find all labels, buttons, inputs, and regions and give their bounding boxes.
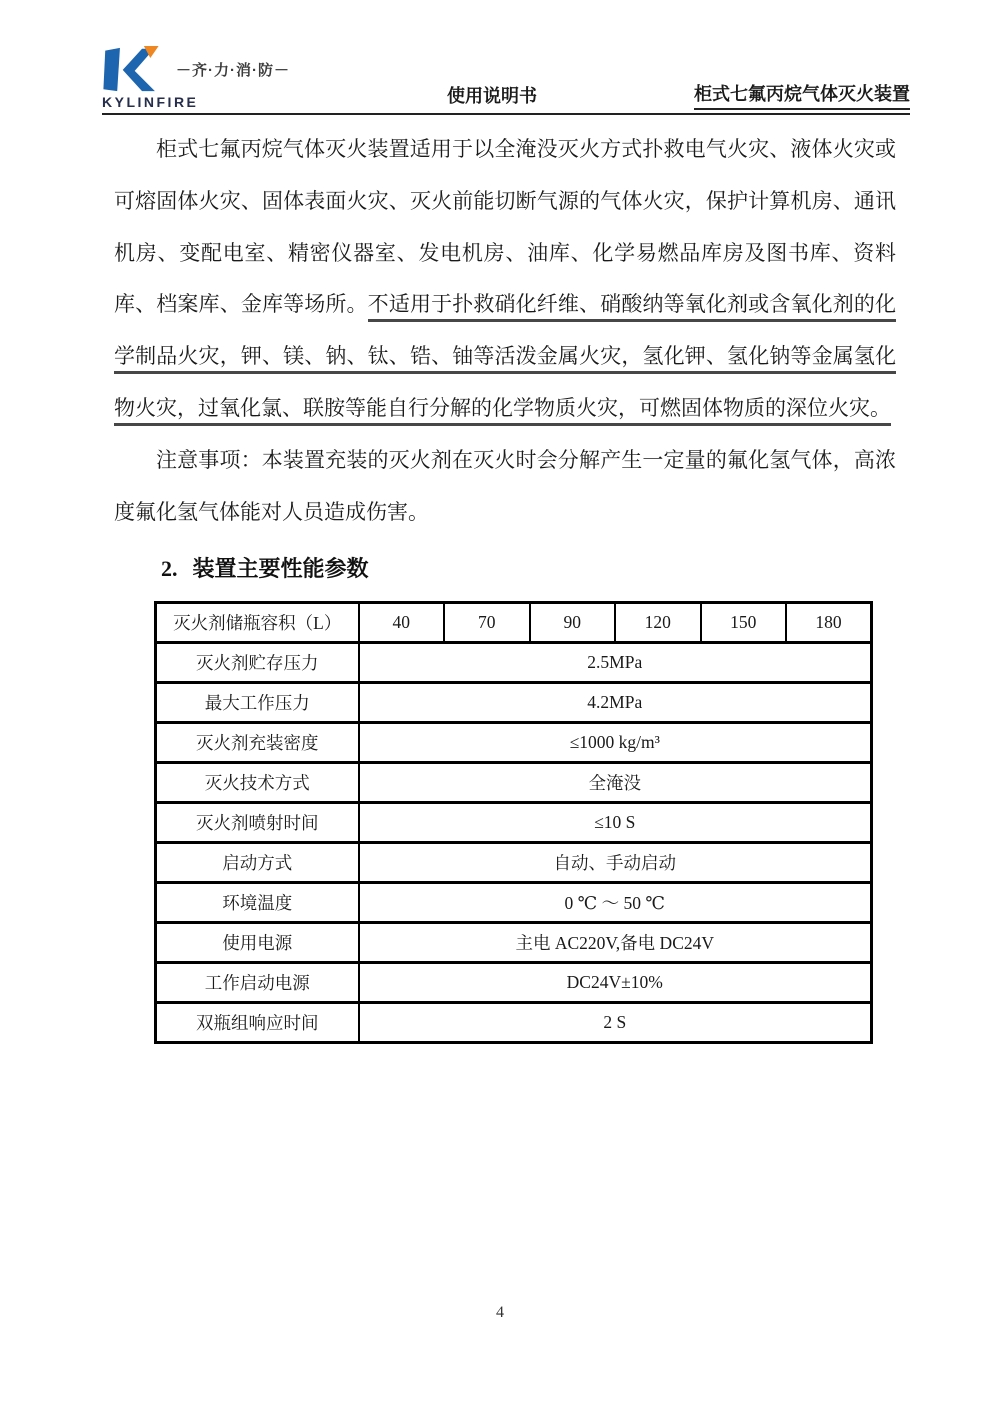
table-row: 启动方式 自动、手动启动 bbox=[156, 843, 872, 883]
value-cell: 4.2MPa bbox=[359, 683, 872, 723]
page-number: 4 bbox=[496, 1304, 504, 1321]
label-cell: 使用电源 bbox=[156, 923, 359, 963]
value-cell: 120 bbox=[615, 603, 701, 643]
page-header: －齐·力·消·防－ KYLINFIRE 使用说明书 柜式七氟丙烷气体灭火装置 bbox=[102, 46, 910, 115]
brand-slogan: －齐·力·消·防－ bbox=[176, 59, 290, 80]
table-row: 最大工作压力 4.2MPa bbox=[156, 683, 872, 723]
doc-type-title: 使用说明书 bbox=[447, 82, 537, 108]
section-heading: 2.装置主要性能参数 bbox=[161, 552, 896, 583]
value-cell: 主电 AC220V,备电 DC24V bbox=[359, 923, 872, 963]
label-cell: 启动方式 bbox=[156, 843, 359, 883]
table-row: 灭火剂充装密度 ≤1000 kg/m³ bbox=[156, 723, 872, 763]
label-cell: 最大工作压力 bbox=[156, 683, 359, 723]
value-cell: 自动、手动启动 bbox=[359, 843, 872, 883]
document-content: 柜式七氟丙烷气体灭火装置适用于以全淹没灭火方式扑救电气火灾、液体火灾或可熔固体火… bbox=[114, 124, 896, 1044]
table-row: 灭火技术方式 全淹没 bbox=[156, 763, 872, 803]
label-cell: 灭火剂喷射时间 bbox=[156, 803, 359, 843]
value-cell: 全淹没 bbox=[359, 763, 872, 803]
page-footer: 4 bbox=[0, 1304, 1000, 1322]
label-cell: 工作启动电源 bbox=[156, 963, 359, 1003]
table-row: 环境温度 0 ℃ ～ 50 ℃ bbox=[156, 883, 872, 923]
label-cell: 灭火剂充装密度 bbox=[156, 723, 359, 763]
value-cell: 180 bbox=[786, 603, 872, 643]
value-cell: ≤1000 kg/m³ bbox=[359, 723, 872, 763]
table-row: 灭火剂喷射时间 ≤10 S bbox=[156, 803, 872, 843]
table-row: 使用电源 主电 AC220V,备电 DC24V bbox=[156, 923, 872, 963]
value-cell: 40 bbox=[359, 603, 445, 643]
table-row: 双瓶组响应时间 2 S bbox=[156, 1003, 872, 1043]
intro-paragraph: 柜式七氟丙烷气体灭火装置适用于以全淹没灭火方式扑救电气火灾、液体火灾或可熔固体火… bbox=[114, 124, 896, 435]
value-cell: DC24V±10% bbox=[359, 963, 872, 1003]
manual-page: －齐·力·消·防－ KYLINFIRE 使用说明书 柜式七氟丙烷气体灭火装置 柜… bbox=[0, 0, 1000, 1414]
value-cell: ≤10 S bbox=[359, 803, 872, 843]
kylinfire-logo-icon bbox=[102, 46, 160, 92]
label-cell: 灭火技术方式 bbox=[156, 763, 359, 803]
value-cell: 0 ℃ ～ 50 ℃ bbox=[359, 883, 872, 923]
logo-row: －齐·力·消·防－ bbox=[102, 46, 290, 92]
spec-table: 灭火剂储瓶容积（L） 40 70 90 120 150 180 灭火剂贮存压力 … bbox=[154, 601, 873, 1044]
brand-logo: －齐·力·消·防－ KYLINFIRE bbox=[102, 46, 290, 110]
warning-paragraph: 注意事项：本装置充装的灭火剂在灭火时会分解产生一定量的氟化氢气体，高浓度氟化氢气… bbox=[114, 435, 896, 539]
value-cell: 2.5MPa bbox=[359, 643, 872, 683]
value-cell: 90 bbox=[530, 603, 616, 643]
table-row: 工作启动电源 DC24V±10% bbox=[156, 963, 872, 1003]
value-cell: 150 bbox=[701, 603, 787, 643]
table-row: 灭火剂贮存压力 2.5MPa bbox=[156, 643, 872, 683]
value-cell: 70 bbox=[444, 603, 530, 643]
section-number: 2. bbox=[161, 556, 178, 581]
label-cell: 环境温度 bbox=[156, 883, 359, 923]
brand-name: KYLINFIRE bbox=[102, 94, 290, 110]
section-title: 装置主要性能参数 bbox=[193, 556, 369, 581]
value-cell: 2 S bbox=[359, 1003, 872, 1043]
intro-paragraph-normal: 柜式七氟丙烷气体灭火装置适用于以全淹没灭火方式扑救电气火灾、液体火灾或可熔固体火… bbox=[114, 137, 896, 316]
table-row: 灭火剂储瓶容积（L） 40 70 90 120 150 180 bbox=[156, 603, 872, 643]
label-cell: 灭火剂贮存压力 bbox=[156, 643, 359, 683]
doc-title: 柜式七氟丙烷气体灭火装置 bbox=[694, 80, 910, 110]
label-cell: 双瓶组响应时间 bbox=[156, 1003, 359, 1043]
label-cell: 灭火剂储瓶容积（L） bbox=[156, 603, 359, 643]
